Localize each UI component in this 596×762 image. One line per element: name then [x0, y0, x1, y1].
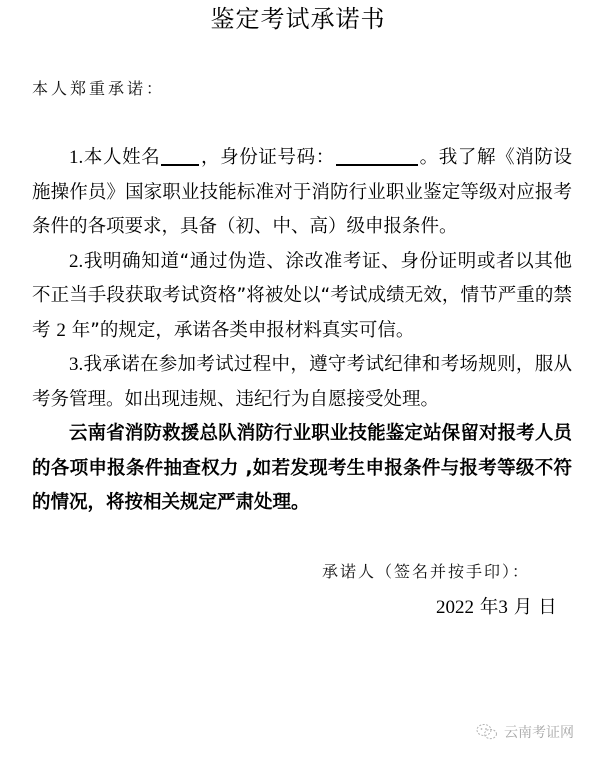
- date-line: 2022 年3 月 日: [436, 594, 557, 622]
- pledge-item-3: 3.我承诺在参加考试过程中，遵守考试纪律和考场规则，服从考务管理。如出现违规、违…: [32, 348, 572, 417]
- item-text-prefix: 本人姓名: [83, 147, 160, 168]
- item-text-separator: ，身份证号码：: [200, 147, 335, 168]
- date-year-unit: 年: [480, 597, 499, 618]
- ban-years: 2: [56, 320, 66, 341]
- item-number: 2.: [69, 251, 83, 272]
- item-text: 我承诺在参加考试过程中，遵守考试纪律和考场规则，服从考务管理。如出现违规、违纪行…: [32, 354, 572, 410]
- item-text-b: 年”的规定，承诺各类申报材料真实可信。: [72, 320, 415, 341]
- date-year: 2022: [436, 597, 474, 618]
- date-day-unit: 日: [538, 597, 557, 618]
- document-title: 鉴定考试承诺书: [0, 3, 596, 35]
- wechat-icon: [476, 723, 498, 741]
- date-month: 3: [498, 597, 508, 618]
- signature-label: 承诺人（签名并按手印）：: [322, 560, 530, 584]
- salutation: 本人郑重承诺：: [32, 77, 165, 101]
- item-number: 3.: [69, 354, 83, 375]
- bold-statement: 云南省消防救援总队消防行业职业技能鉴定站保留对报考人员的各项申报条件抽查权力 ,…: [32, 417, 572, 521]
- item-number: 1.: [69, 147, 83, 168]
- pledge-item-2: 2.我明确知道“通过伪造、涂改准考证、身份证明或者以其他不正当手段获取考试资格”…: [32, 245, 572, 349]
- name-blank-field[interactable]: [161, 144, 199, 166]
- watermark: 云南考证网: [476, 722, 574, 742]
- date-month-unit: 月: [514, 597, 533, 618]
- pledge-item-1: 1.本人姓名，身份证号码：。我了解《消防设施操作员》国家职业技能标准对于消防行业…: [32, 141, 572, 245]
- id-number-blank-field[interactable]: [336, 144, 418, 166]
- watermark-text: 云南考证网: [504, 722, 574, 742]
- document-body: 1.本人姓名，身份证号码：。我了解《消防设施操作员》国家职业技能标准对于消防行业…: [32, 141, 572, 521]
